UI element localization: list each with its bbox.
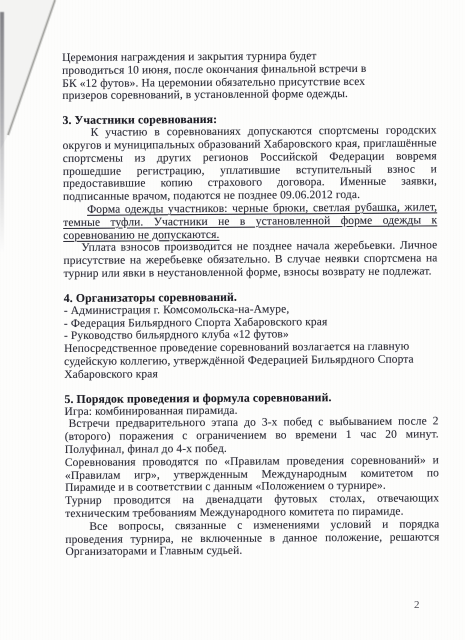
paragraph-committee: Непосредственное проведение соревнований… (64, 341, 438, 382)
page-corner-fold-artifact (0, 0, 70, 150)
paragraph-admission: К участию в соревнованиях допускаются сп… (63, 125, 438, 204)
paragraph-tables: Турнир проводится на двенадцати футовых … (65, 492, 439, 520)
paragraph-ceremony: Церемония награждения и закрытия турнира… (62, 50, 378, 103)
scanned-document-page: Церемония награждения и закрытия турнира… (0, 0, 465, 640)
paragraph-fees: Уплата взносов производится не позднее н… (63, 240, 437, 281)
paragraph-dress-code: Форма одежды участников: черные брюки, с… (63, 201, 437, 242)
page-number: 2 (414, 599, 420, 611)
paragraph-rules: Соревнования проводятся по «Правилам про… (65, 454, 439, 495)
scan-left-edge-shadow (0, 12, 4, 252)
paragraph-questions: Все вопросы, связанные с изменениями усл… (65, 518, 439, 559)
organizers-list: - Администрация г. Комсомольска-на-Амуре… (64, 302, 438, 343)
document-body: Церемония награждения и закрытия турнира… (62, 49, 440, 559)
paragraph-format: Встречи предварительного этапа до 3-х по… (65, 416, 439, 457)
